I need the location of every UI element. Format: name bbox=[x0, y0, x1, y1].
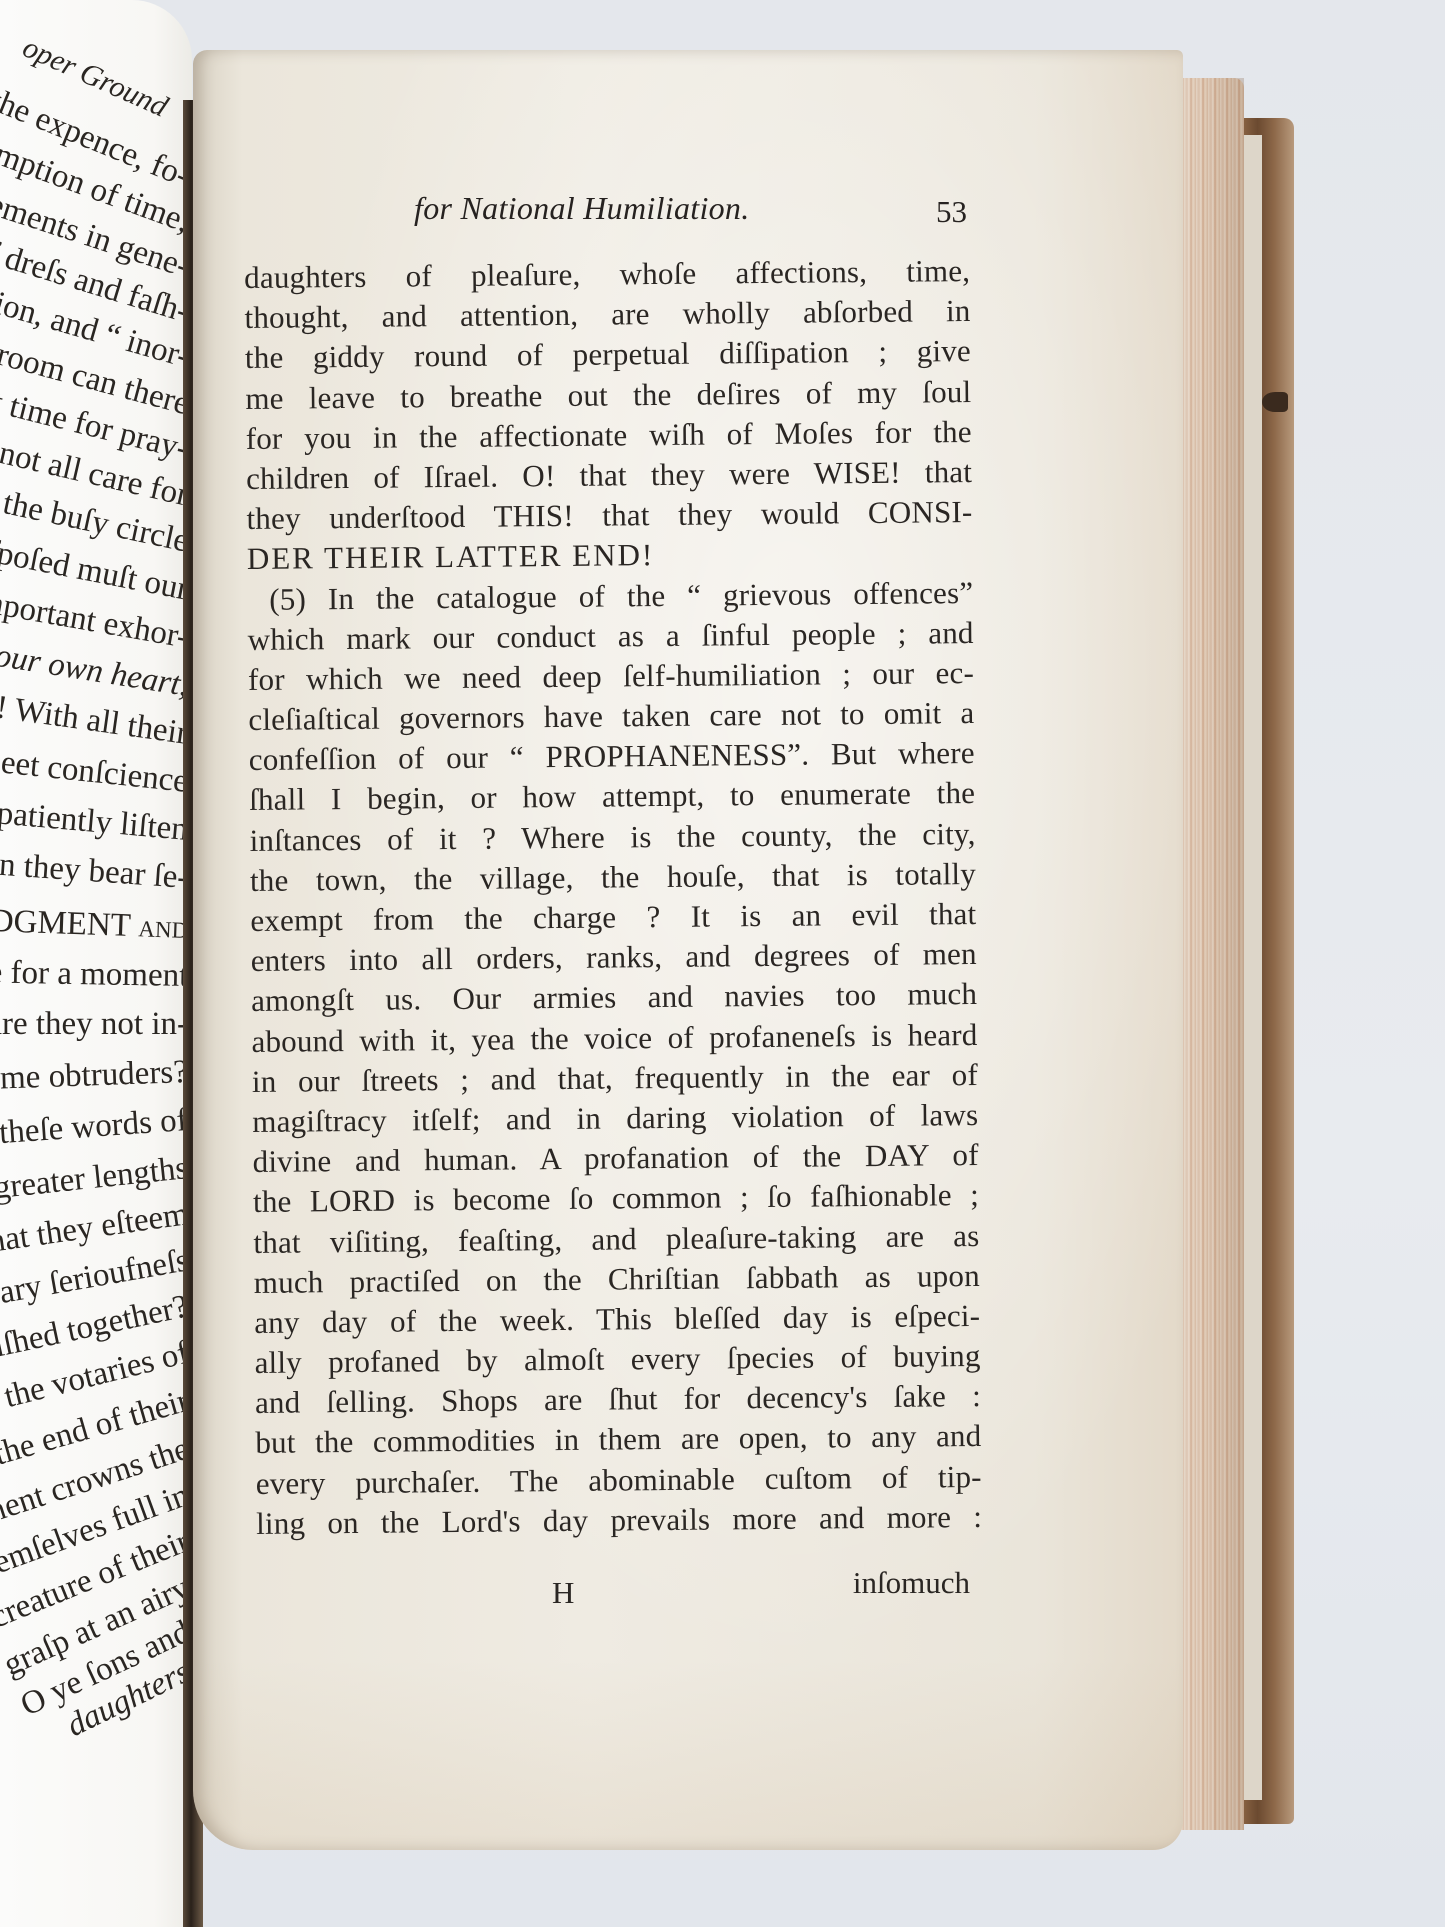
text-line: they underſtood THIS! that they would CO… bbox=[246, 492, 972, 539]
text-line: for you in the affectionate wiſh of Moſe… bbox=[246, 412, 972, 459]
left-page-text: oper Ground f the expence, fo- ſumption … bbox=[0, 0, 192, 1927]
text-line: but the commodities in them are open, to… bbox=[255, 1416, 981, 1463]
signature-mark: H bbox=[552, 1575, 574, 1611]
text-line: confeſſion of our “ PROPHANENESS”. But w… bbox=[249, 733, 975, 780]
text-line: abound with it, yea the voice of profane… bbox=[251, 1015, 977, 1062]
page-number: 53 bbox=[936, 194, 967, 230]
left-line: nd patiently liſten bbox=[0, 792, 190, 849]
text-line-paragraph-start: (5) In the catalogue of the “ grievous o… bbox=[247, 573, 973, 620]
text-line: divine and human. A profanation of the D… bbox=[252, 1135, 978, 1182]
text-line: for which we need deep ſelf-humiliation … bbox=[248, 653, 974, 700]
text-line: daughters of pleaſure, whoſe affections,… bbox=[244, 251, 970, 298]
text-line: cleſiaſtical governors have taken care n… bbox=[248, 693, 974, 740]
text-line: enters into all orders, ranks, and degre… bbox=[251, 934, 977, 981]
left-line: of theſe words of bbox=[0, 1102, 189, 1155]
left-line: JUDGMENT and bbox=[0, 902, 189, 947]
text-line: ſhall I begin, or how attempt, to enumer… bbox=[249, 773, 975, 820]
page-foxing bbox=[193, 1660, 1183, 1850]
cover-tab bbox=[1262, 392, 1288, 412]
text-line: magiſtracy itſelf; and in daring violati… bbox=[252, 1095, 978, 1142]
left-page: oper Ground f the expence, fo- ſumption … bbox=[0, 0, 192, 1927]
text-line: and ſelling. Shops are ſhut for decency'… bbox=[255, 1376, 981, 1423]
text-line: that viſiting, feaſting, and pleaſure-ta… bbox=[253, 1215, 979, 1262]
text-line: amongſt us. Our armies and navies too mu… bbox=[251, 974, 977, 1021]
text-line: which mark our conduct as a ſinful peopl… bbox=[247, 613, 973, 660]
text-line: me leave to breathe out the deſires of m… bbox=[245, 372, 971, 419]
text-line: much practiſed on the Chriſtian ſabbath … bbox=[254, 1256, 980, 1303]
left-line: elcome obtruders? bbox=[0, 1054, 189, 1099]
text-line: every purchaſer. The abominable cuſtom o… bbox=[256, 1457, 982, 1504]
text-line: ling on the Lord's day prevails more and… bbox=[256, 1497, 982, 1544]
catchword: inſomuch bbox=[853, 1565, 970, 1601]
left-line: are for a moment bbox=[0, 954, 188, 995]
text-line: exempt from the charge ? It is an evil t… bbox=[250, 894, 976, 941]
text-line: children of Iſrael. O! that they were WI… bbox=[246, 452, 972, 499]
text-line: inſtances of it ? Where is the county, t… bbox=[249, 814, 975, 861]
body-text: daughters of pleaſure, whoſe affections,… bbox=[244, 251, 982, 1544]
text-line: any day of the week. This bleſſed day is… bbox=[254, 1296, 980, 1343]
text-line: in our ſtreets ; and that, frequently in… bbox=[252, 1055, 978, 1102]
left-line: Can they bear ſe- bbox=[0, 844, 189, 897]
text-line: the town, the village, the houſe, that i… bbox=[250, 854, 976, 901]
text-line: the LORD is become ſo common ; ſo faſhio… bbox=[253, 1175, 979, 1222]
page-footer: H inſomuch bbox=[244, 1565, 970, 1615]
running-head-title: for National Humiliation. bbox=[414, 190, 750, 227]
running-head: for National Humiliation. 53 bbox=[242, 190, 970, 234]
left-line: ; are they not in- bbox=[0, 1006, 188, 1043]
text-line: the giddy round of perpetual diſſipation… bbox=[245, 331, 971, 378]
text-line: DER THEIR LATTER END! bbox=[247, 532, 973, 579]
text-line: thought, and attention, are wholly abſor… bbox=[244, 291, 970, 338]
text-line: ally profaned by almoſt every ſpecies of… bbox=[254, 1336, 980, 1383]
